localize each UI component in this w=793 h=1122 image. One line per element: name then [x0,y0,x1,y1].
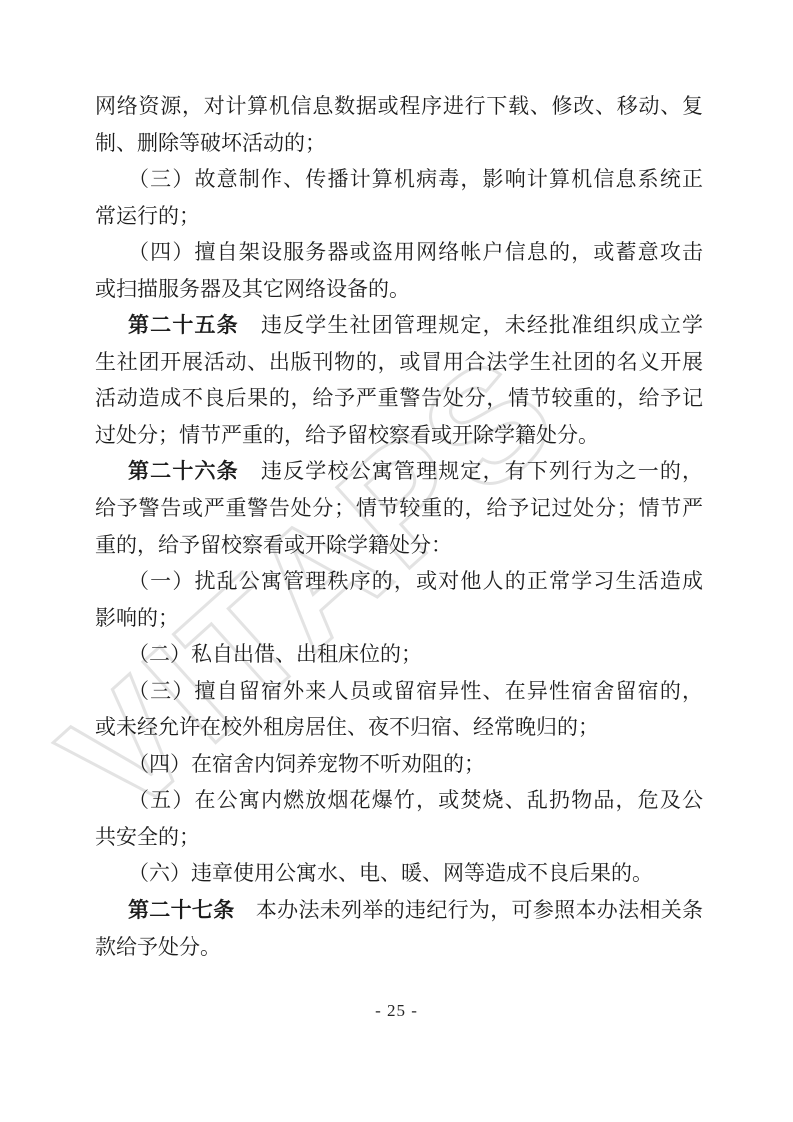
text-segment: 网络资源，对计算机信息数据或程序进行下载、修改、移动、复 [95,94,703,118]
text-line: 生社团开展活动、出版刊物的，或冒用合法学生社团的名义开展 [95,344,703,381]
text-line: 第二十五条 违反学生社团管理规定，未经批准组织成立学 [95,307,703,344]
text-segment: 影响的； [95,606,179,630]
text-segment: 本办法未列举的违纪行为，可参照本办法相关条 [235,898,703,922]
text-line: 或未经允许在校外租房居住、夜不归宿、经常晚归的； [95,709,703,746]
text-line: （五）在公寓内燃放烟花爆竹，或焚烧、乱扔物品，危及公 [95,782,703,819]
text-line: （六）违章使用公寓水、电、暖、网等造成不良后果的。 [95,855,703,892]
text-line: 或扫描服务器及其它网络设备的。 [95,271,703,308]
document-body: 网络资源，对计算机信息数据或程序进行下载、修改、移动、复制、删除等破坏活动的；（… [95,88,703,965]
article-number: 第二十六条 [128,459,239,483]
text-segment: 款给予处分。 [95,935,221,959]
text-line: 第二十七条 本办法未列举的违纪行为，可参照本办法相关条 [95,892,703,929]
text-segment: 常运行的； [95,204,200,228]
text-segment: 违反学生社团管理规定，未经批准组织成立学 [239,313,703,337]
text-line: 共安全的； [95,819,703,856]
text-line: 网络资源，对计算机信息数据或程序进行下载、修改、移动、复 [95,88,703,125]
text-segment: （三）故意制作、传播计算机病毒，影响计算机信息系统正 [128,167,703,191]
text-line: 款给予处分。 [95,929,703,966]
text-segment: （五）在公寓内燃放烟花爆竹，或焚烧、乱扔物品，危及公 [128,788,703,812]
text-line: 影响的； [95,600,703,637]
text-line: 给予警告或严重警告处分；情节较重的，给予记过处分；情节严 [95,490,703,527]
text-segment: 共安全的； [95,825,200,849]
document-page: VITAPS 网络资源，对计算机信息数据或程序进行下载、修改、移动、复制、删除等… [0,0,793,1122]
text-segment: 给予警告或严重警告处分；情节较重的，给予记过处分；情节严 [95,496,703,520]
text-segment: 或未经允许在校外租房居住、夜不归宿、经常晚归的； [95,715,599,739]
text-segment: 生社团开展活动、出版刊物的，或冒用合法学生社团的名义开展 [95,350,703,374]
text-segment: 重的，给予留校察看或开除学籍处分： [95,533,452,557]
text-segment: 或扫描服务器及其它网络设备的。 [95,277,410,301]
text-line: （四）擅自架设服务器或盗用网络帐户信息的，或蓄意攻击 [95,234,703,271]
text-line: （二）私自出借、出租床位的； [95,636,703,673]
text-segment: （六）违章使用公寓水、电、暖、网等造成不良后果的。 [128,861,653,885]
text-line: 常运行的； [95,198,703,235]
article-number: 第二十七条 [128,898,235,922]
text-segment: 制、删除等破坏活动的； [95,131,326,155]
text-line: 活动造成不良后果的，给予严重警告处分，情节较重的，给予记 [95,380,703,417]
text-line: 制、删除等破坏活动的； [95,125,703,162]
text-line: （三）故意制作、传播计算机病毒，影响计算机信息系统正 [95,161,703,198]
text-line: （四）在宿舍内饲养宠物不听劝阻的； [95,746,703,783]
article-number: 第二十五条 [128,313,239,337]
text-line: 重的，给予留校察看或开除学籍处分： [95,527,703,564]
text-segment: （二）私自出借、出租床位的； [128,642,422,666]
text-segment: 违反学校公寓管理规定，有下列行为之一的， [239,459,703,483]
page-number: - 25 - [0,1001,793,1021]
text-line: （三）擅自留宿外来人员或留宿异性、在异性宿舍留宿的， [95,673,703,710]
text-line: （一）扰乱公寓管理秩序的，或对他人的正常学习生活造成 [95,563,703,600]
text-segment: （三）擅自留宿外来人员或留宿异性、在异性宿舍留宿的， [128,679,703,703]
text-segment: 过处分；情节严重的，给予留校察看或开除学籍处分。 [95,423,599,447]
text-segment: （四）在宿舍内饲养宠物不听劝阻的； [128,752,485,776]
text-segment: （一）扰乱公寓管理秩序的，或对他人的正常学习生活造成 [128,569,703,593]
text-line: 第二十六条 违反学校公寓管理规定，有下列行为之一的， [95,453,703,490]
text-line: 过处分；情节严重的，给予留校察看或开除学籍处分。 [95,417,703,454]
text-segment: 活动造成不良后果的，给予严重警告处分，情节较重的，给予记 [95,386,703,410]
text-segment: （四）擅自架设服务器或盗用网络帐户信息的，或蓄意攻击 [128,240,703,264]
